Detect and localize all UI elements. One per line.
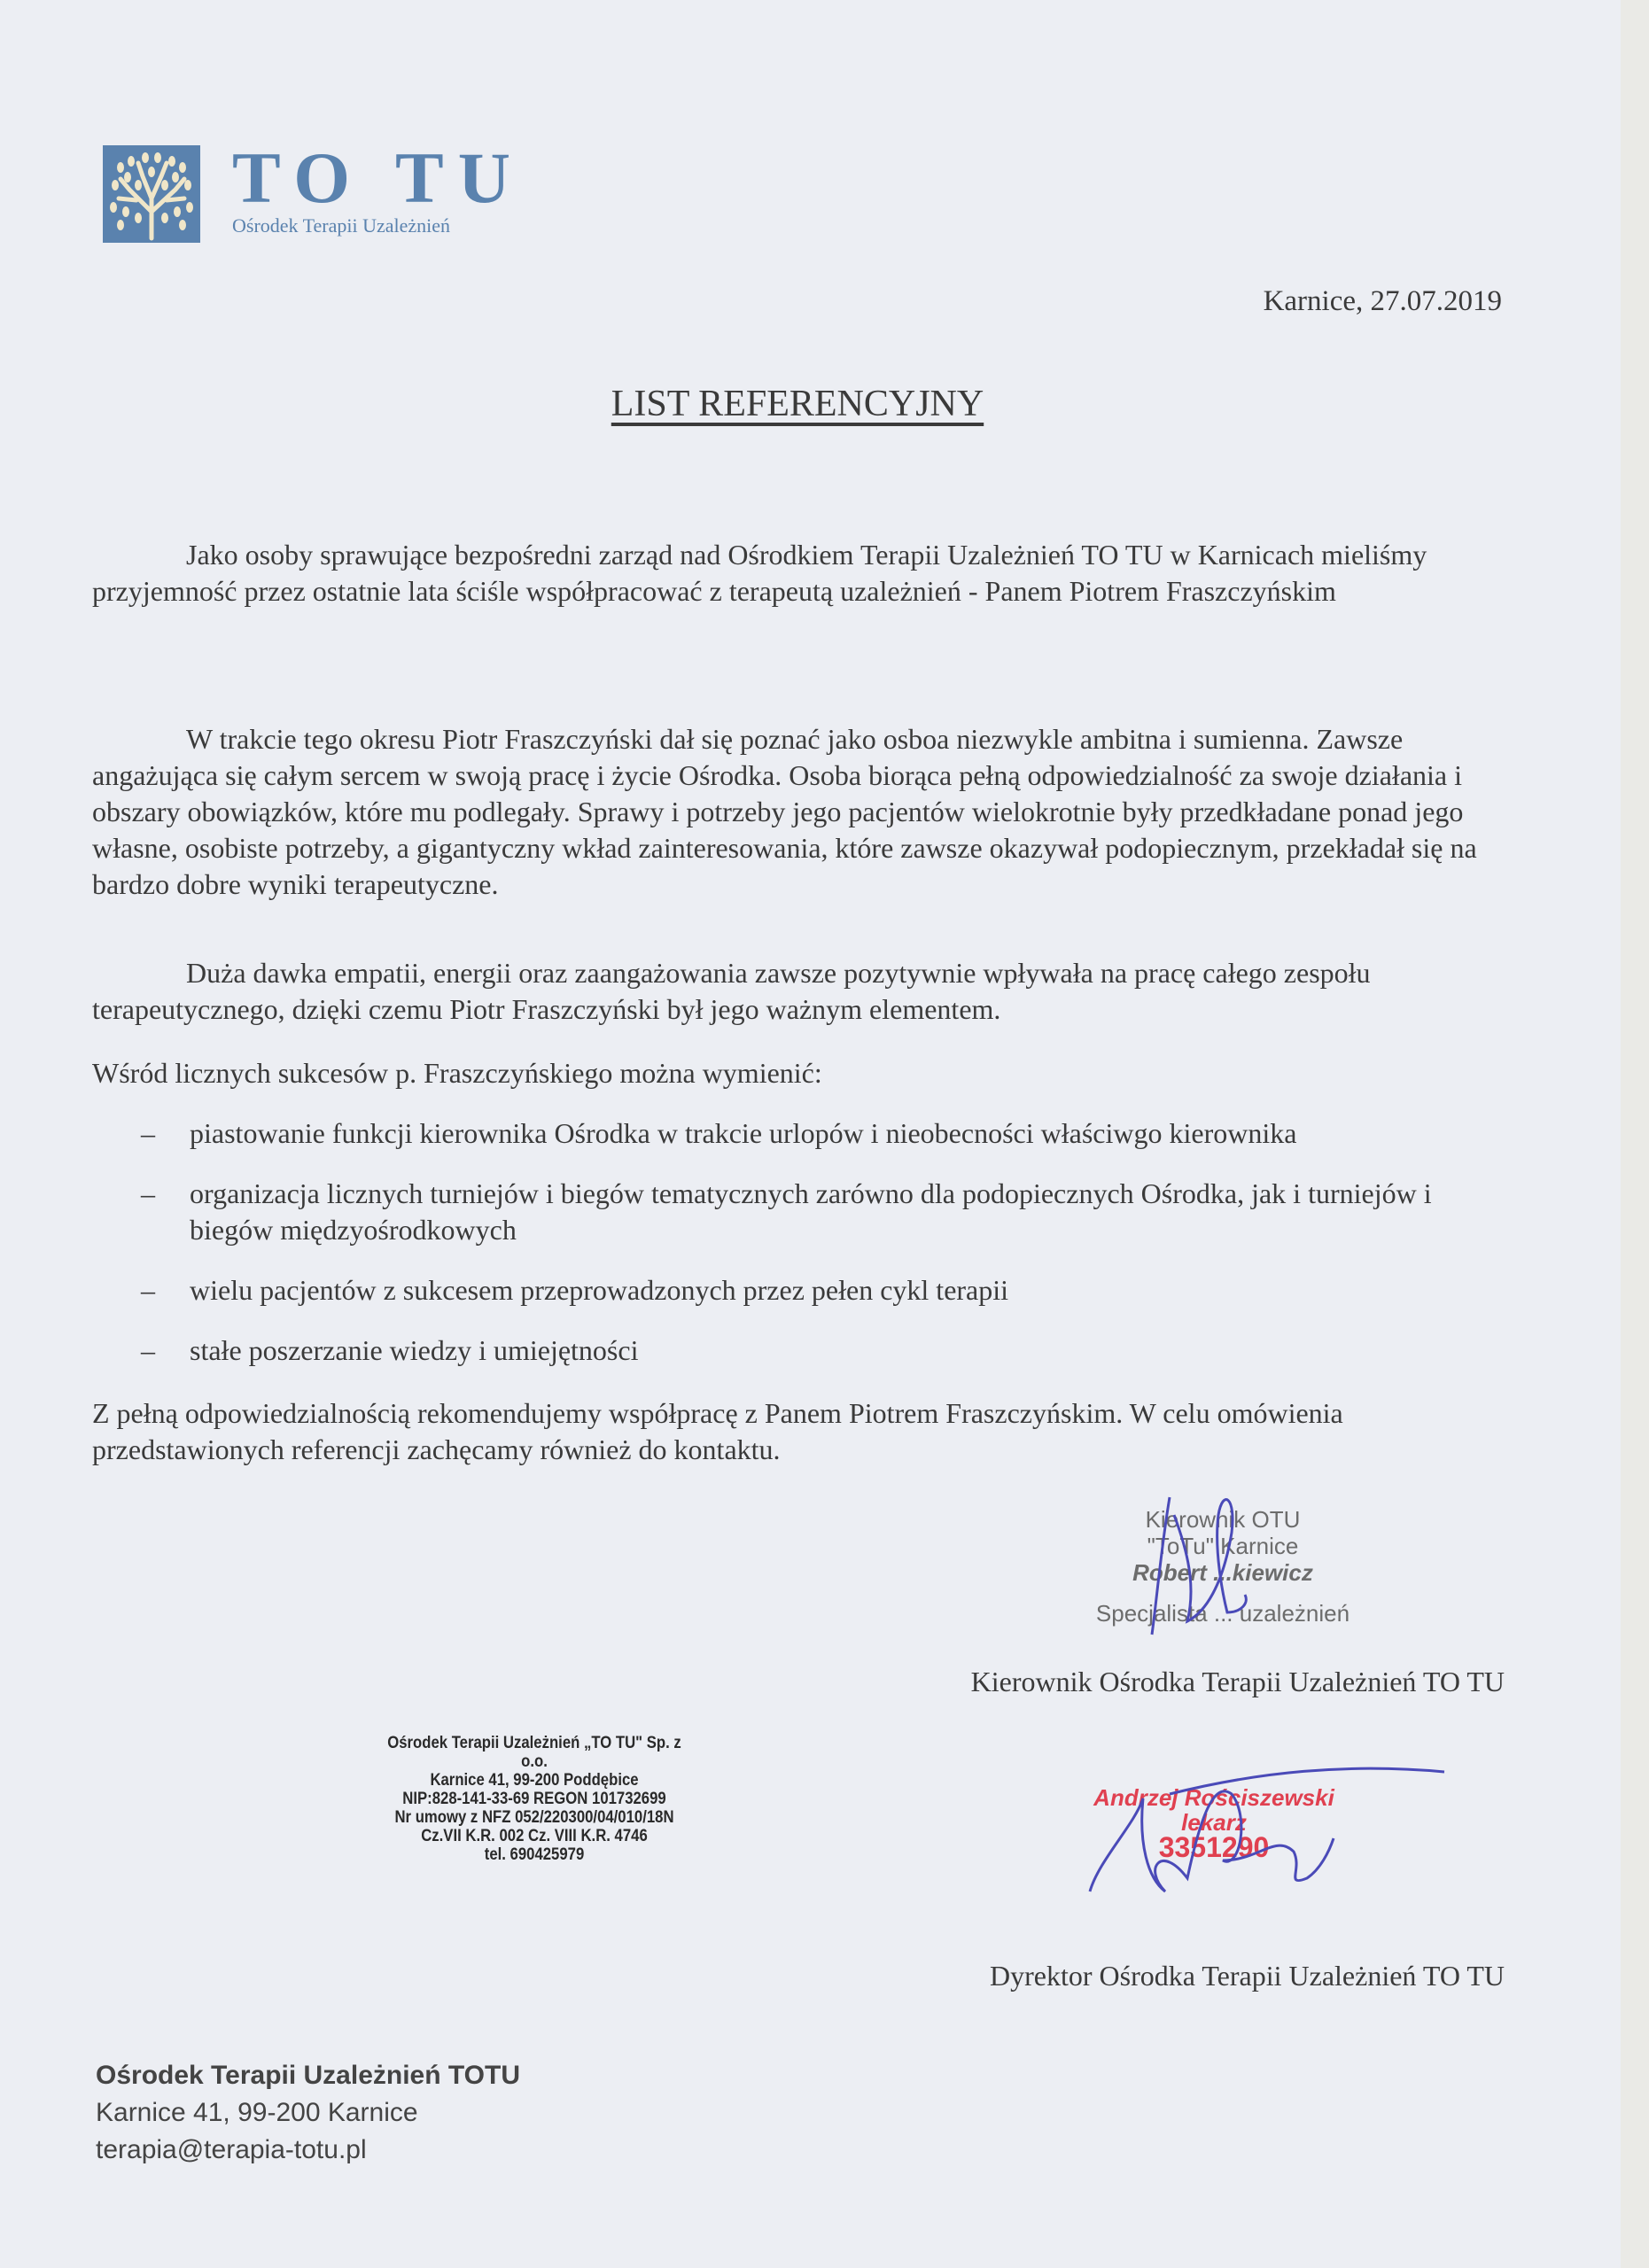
footer-org-name: Ośrodek Terapii Uzależnień TOTU [96, 2057, 520, 2094]
company-stamp: Ośrodek Terapii Uzależnień „TO TU" Sp. z… [375, 1734, 695, 1864]
list-item: –organizacja licznych turniejów i biegów… [92, 1176, 1510, 1248]
brand-name: TO TU [232, 142, 525, 214]
list-item: –piastowanie funkcji kierownika Ośrodka … [92, 1115, 1510, 1152]
director-role: Dyrektor Ośrodka Terapii Uzależnień TO T… [990, 1960, 1505, 1992]
footer-address: Karnice 41, 99-200 Karnice [96, 2094, 520, 2132]
paragraph-achievements-intro: Wśród licznych sukcesów p. Fraszczyńskie… [92, 1055, 1510, 1091]
brand-subtitle: Ośrodek Terapii Uzależnień [232, 214, 450, 237]
paragraph-closing: Z pełną odpowiedzialnością rekomendujemy… [92, 1395, 1510, 1468]
dash-marker: – [141, 1176, 155, 1212]
dash-marker: – [141, 1332, 155, 1369]
document-title: LIST REFERENCYJNY [0, 383, 1595, 425]
footer-contact: Ośrodek Terapii Uzależnień TOTU Karnice … [96, 2057, 520, 2169]
achievements-list: –piastowanie funkcji kierownika Ośrodka … [92, 1115, 1510, 1393]
director-signature-icon [1081, 1745, 1453, 1909]
dash-marker: – [141, 1115, 155, 1152]
date-line: Karnice, 27.07.2019 [1264, 285, 1502, 318]
manager-role: Kierownik Ośrodka Terapii Uzależnień TO … [971, 1666, 1505, 1698]
paragraph-intro: Jako osoby sprawujące bezpośredni zarząd… [92, 537, 1510, 610]
dash-marker: – [141, 1272, 155, 1309]
list-item: –stałe poszerzanie wiedzy i umiejętności [92, 1332, 1510, 1369]
paragraph-character: W trakcie tego okresu Piotr Fraszczyński… [92, 721, 1510, 903]
paragraph-empathy: Duża dawka empatii, energii oraz zaangaż… [92, 955, 1510, 1028]
manager-signature-icon [1134, 1480, 1294, 1643]
list-item: –wielu pacjentów z sukcesem przeprowadzo… [92, 1272, 1510, 1309]
tree-logo-icon [103, 145, 200, 243]
scan-page-edge [1621, 0, 1649, 2268]
footer-email[interactable]: terapia@terapia-totu.pl [96, 2132, 520, 2169]
